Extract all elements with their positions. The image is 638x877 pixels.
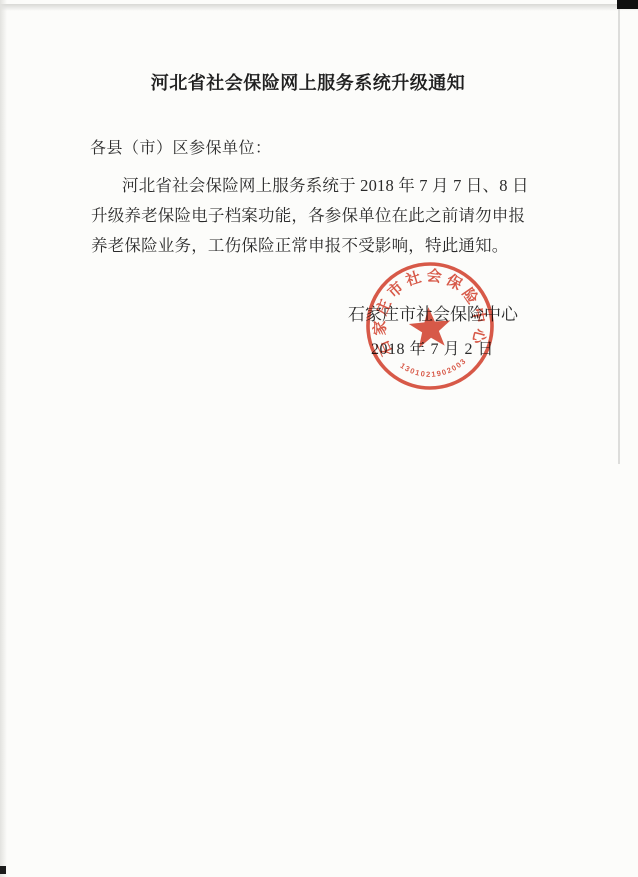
body-line-2: 升级养老保险电子档案功能，各参保单位在此之前请勿申报 [91, 205, 525, 226]
scan-corner-mark [617, 0, 638, 9]
body-line-1: 河北省社会保险网上服务系统于 2018 年 7 月 7 日、8 日 [122, 175, 529, 196]
seal-code: 1301021902003 [398, 355, 470, 381]
salutation: 各县（市）区参保单位： [90, 138, 272, 159]
scanned-notice-page: 河北省社会保险网上服务系统升级通知 各县（市）区参保单位： 河北省社会保险网上服… [0, 0, 638, 877]
official-seal-stamp: 石家庄市社会保险中心 1301021902003 [343, 239, 516, 412]
notice-title: 河北省社会保险网上服务系统升级通知 [88, 71, 528, 95]
seal-star-icon [408, 305, 453, 348]
scan-top-shadow [0, 4, 638, 11]
scan-right-edge-line [618, 9, 620, 464]
scan-bottom-corner-mark [0, 866, 6, 874]
scan-left-shadow [0, 0, 7, 877]
